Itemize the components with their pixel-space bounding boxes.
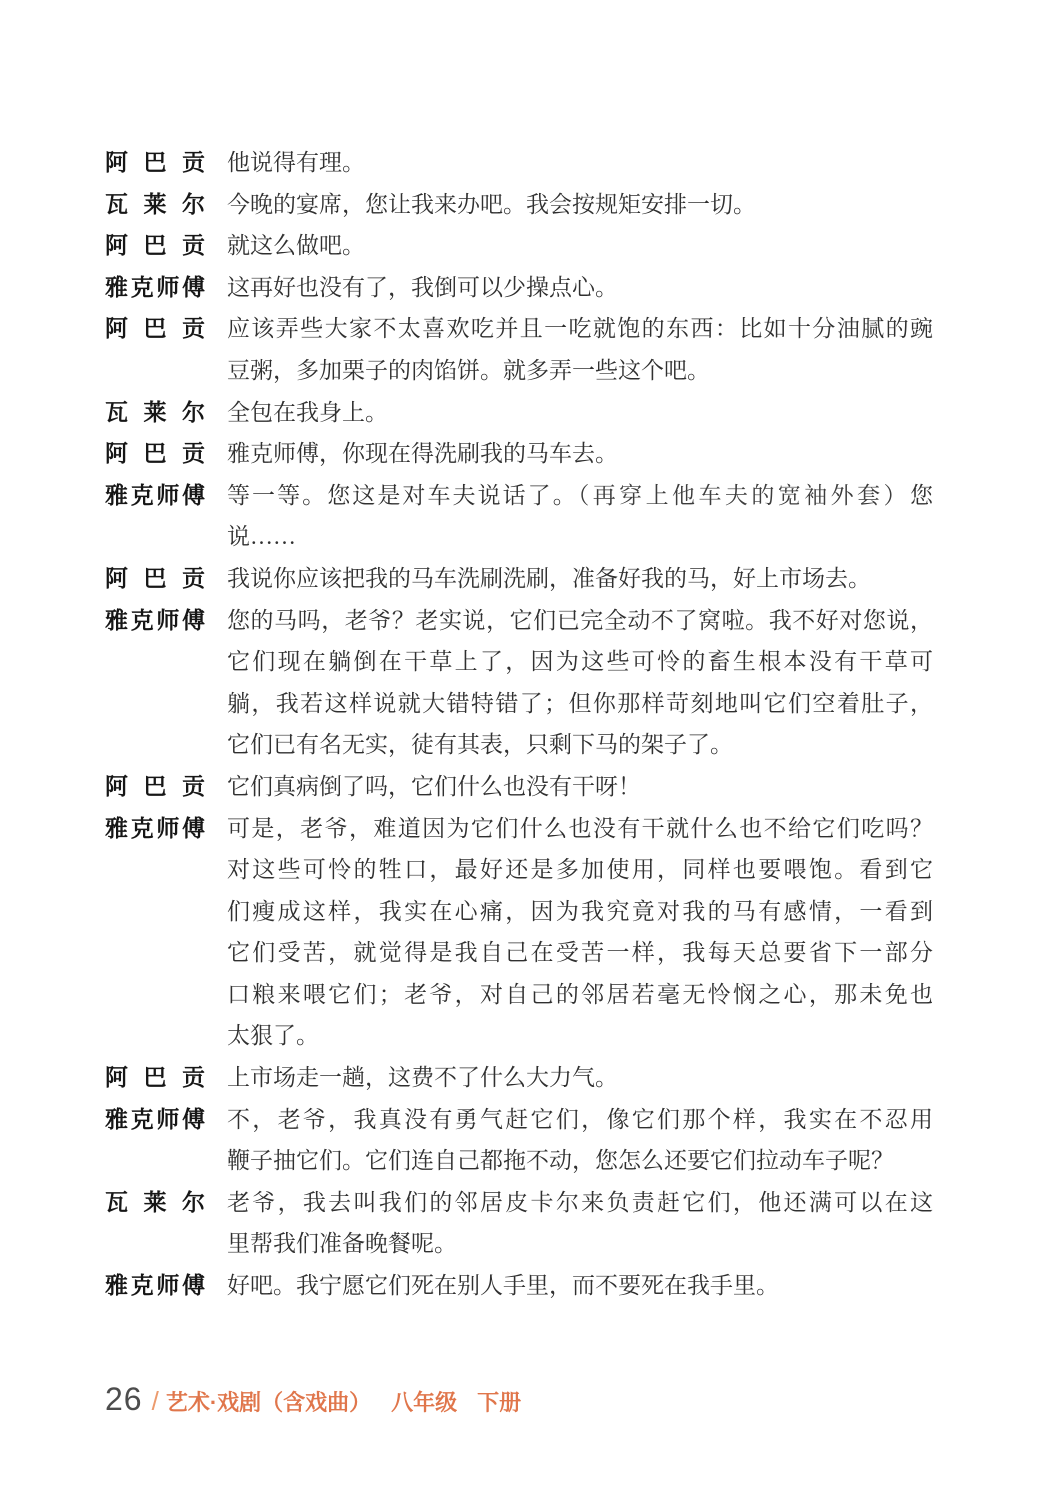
dialogue-entry: 阿巴贡就这么做吧。: [105, 225, 937, 267]
speaker-name: 瓦莱尔: [105, 184, 205, 226]
dialogue-line: 对这些可怜的牲口，最好还是多加使用，同样也要喂饱。看到它: [227, 849, 933, 891]
dialogue-line: 好吧。我宁愿它们死在别人手里，而不要死在我手里。: [227, 1265, 933, 1307]
speaker-name: 瓦莱尔: [105, 392, 205, 434]
page-footer: 26 / 艺术·戏剧（含戏曲） 八年级 下册: [105, 1381, 521, 1418]
speaker-name: 阿巴贡: [105, 433, 205, 475]
dialogue-line: 它们已有名无实，徒有其表，只剩下马的架子了。: [227, 724, 933, 766]
dialogue-line: 我说你应该把我的马车洗刷洗刷，准备好我的马，好上市场去。: [227, 558, 933, 600]
dialogue-line: 它们受苦，就觉得是我自己在受苦一样，我每天总要省下一部分: [227, 932, 933, 974]
dialogue-entry: 雅克师傅可是，老爷，难道因为它们什么也没有干就什么也不给它们吃吗？对这些可怜的牲…: [105, 808, 937, 1058]
dialogue-line: 应该弄些大家不太喜欢吃并且一吃就饱的东西：比如十分油腻的豌: [227, 308, 933, 350]
dialogue-line: 今晚的宴席，您让我来办吧。我会按规矩安排一切。: [227, 184, 933, 226]
speaker-name: 雅克师傅: [105, 1099, 205, 1141]
dialogue-list: 阿巴贡他说得有理。瓦莱尔今晚的宴席，您让我来办吧。我会按规矩安排一切。阿巴贡就这…: [105, 142, 937, 1307]
dialogue-line: 们瘦成这样，我实在心痛，因为我究竟对我的马有感情，一看到: [227, 891, 933, 933]
dialogue-line: 上市场走一趟，这费不了什么大力气。: [227, 1057, 933, 1099]
footer-volume: 下册: [477, 1386, 521, 1417]
speaker-name: 阿巴贡: [105, 308, 205, 350]
footer-grade: 八年级: [391, 1386, 457, 1417]
dialogue-line: 老爷，我去叫我们的邻居皮卡尔来负责赶它们，他还满可以在这: [227, 1182, 933, 1224]
footer-book-title: 艺术·戏剧（含戏曲）: [166, 1386, 371, 1417]
speaker-name: 阿巴贡: [105, 1057, 205, 1099]
dialogue-text: 他说得有理。: [227, 142, 933, 184]
dialogue-line: 就这么做吧。: [227, 225, 933, 267]
dialogue-line: 鞭子抽它们。它们连自己都拖不动，您怎么还要它们拉动车子呢？: [227, 1140, 933, 1182]
dialogue-text: 等一等。您这是对车夫说话了。（再穿上他车夫的宽袖外套）您说……: [227, 475, 933, 558]
dialogue-entry: 瓦莱尔老爷，我去叫我们的邻居皮卡尔来负责赶它们，他还满可以在这里帮我们准备晚餐呢…: [105, 1182, 937, 1265]
dialogue-entry: 瓦莱尔全包在我身上。: [105, 392, 937, 434]
dialogue-line: 雅克师傅，你现在得洗刷我的马车去。: [227, 433, 933, 475]
dialogue-line: 等一等。您这是对车夫说话了。（再穿上他车夫的宽袖外套）您: [227, 475, 933, 517]
speaker-name: 雅克师傅: [105, 808, 205, 850]
script-page: 阿巴贡他说得有理。瓦莱尔今晚的宴席，您让我来办吧。我会按规矩安排一切。阿巴贡就这…: [0, 0, 1060, 1508]
dialogue-line: 太狠了。: [227, 1015, 933, 1057]
dialogue-entry: 雅克师傅这再好也没有了，我倒可以少操点心。: [105, 267, 937, 309]
speaker-name: 雅克师傅: [105, 267, 205, 309]
dialogue-text: 它们真病倒了吗，它们什么也没有干呀！: [227, 766, 933, 808]
dialogue-line: 豆粥，多加栗子的肉馅饼。就多弄一些这个吧。: [227, 350, 933, 392]
dialogue-line: 您的马吗，老爷？老实说，它们已完全动不了窝啦。我不好对您说，: [227, 600, 933, 642]
dialogue-text: 今晚的宴席，您让我来办吧。我会按规矩安排一切。: [227, 184, 933, 226]
speaker-name: 雅克师傅: [105, 1265, 205, 1307]
dialogue-segment: 您: [910, 483, 933, 508]
dialogue-text: 不，老爷，我真没有勇气赶它们，像它们那个样，我实在不忍用鞭子抽它们。它们连自己都…: [227, 1099, 933, 1182]
dialogue-line: 口粮来喂它们；老爷，对自己的邻居若毫无怜悯之心，那未免也: [227, 974, 933, 1016]
dialogue-text: 雅克师傅，你现在得洗刷我的马车去。: [227, 433, 933, 475]
dialogue-text: 全包在我身上。: [227, 392, 933, 434]
dialogue-entry: 阿巴贡他说得有理。: [105, 142, 937, 184]
speaker-name: 雅克师傅: [105, 600, 205, 642]
dialogue-line: 全包在我身上。: [227, 392, 933, 434]
dialogue-text: 应该弄些大家不太喜欢吃并且一吃就饱的东西：比如十分油腻的豌豆粥，多加栗子的肉馅饼…: [227, 308, 933, 391]
dialogue-text: 可是，老爷，难道因为它们什么也没有干就什么也不给它们吃吗？对这些可怜的牲口，最好…: [227, 808, 933, 1058]
dialogue-text: 就这么做吧。: [227, 225, 933, 267]
speaker-name: 瓦莱尔: [105, 1182, 205, 1224]
dialogue-text: 好吧。我宁愿它们死在别人手里，而不要死在我手里。: [227, 1265, 933, 1307]
speaker-name: 雅克师傅: [105, 475, 205, 517]
dialogue-line: 里帮我们准备晚餐呢。: [227, 1223, 933, 1265]
dialogue-entry: 雅克师傅不，老爷，我真没有勇气赶它们，像它们那个样，我实在不忍用鞭子抽它们。它们…: [105, 1099, 937, 1182]
page-number: 26: [105, 1381, 143, 1418]
dialogue-text: 老爷，我去叫我们的邻居皮卡尔来负责赶它们，他还满可以在这里帮我们准备晚餐呢。: [227, 1182, 933, 1265]
dialogue-text: 您的马吗，老爷？老实说，它们已完全动不了窝啦。我不好对您说，它们现在躺倒在干草上…: [227, 600, 933, 766]
dialogue-line: 他说得有理。: [227, 142, 933, 184]
speaker-name: 阿巴贡: [105, 225, 205, 267]
dialogue-line: 它们真病倒了吗，它们什么也没有干呀！: [227, 766, 933, 808]
speaker-name: 阿巴贡: [105, 142, 205, 184]
dialogue-line: 说……: [227, 516, 933, 558]
dialogue-segment: 等一等。您这是对车夫说话了。: [227, 483, 578, 508]
dialogue-entry: 阿巴贡应该弄些大家不太喜欢吃并且一吃就饱的东西：比如十分油腻的豌豆粥，多加栗子的…: [105, 308, 937, 391]
dialogue-line: 它们现在躺倒在干草上了，因为这些可怜的畜生根本没有干草可: [227, 641, 933, 683]
dialogue-entry: 雅克师傅等一等。您这是对车夫说话了。（再穿上他车夫的宽袖外套）您说……: [105, 475, 937, 558]
dialogue-entry: 瓦莱尔今晚的宴席，您让我来办吧。我会按规矩安排一切。: [105, 184, 937, 226]
dialogue-entry: 雅克师傅好吧。我宁愿它们死在别人手里，而不要死在我手里。: [105, 1265, 937, 1307]
dialogue-line: 躺，我若这样说就大错特错了；但你那样苛刻地叫它们空着肚子，: [227, 683, 933, 725]
dialogue-entry: 阿巴贡雅克师傅，你现在得洗刷我的马车去。: [105, 433, 937, 475]
dialogue-text: 上市场走一趟，这费不了什么大力气。: [227, 1057, 933, 1099]
speaker-name: 阿巴贡: [105, 558, 205, 600]
stage-direction: （再穿上他车夫的宽袖外套）: [578, 483, 910, 508]
dialogue-text: 我说你应该把我的马车洗刷洗刷，准备好我的马，好上市场去。: [227, 558, 933, 600]
dialogue-entry: 阿巴贡上市场走一趟，这费不了什么大力气。: [105, 1057, 937, 1099]
dialogue-entry: 阿巴贡它们真病倒了吗，它们什么也没有干呀！: [105, 766, 937, 808]
dialogue-text: 这再好也没有了，我倒可以少操点心。: [227, 267, 933, 309]
dialogue-line: 可是，老爷，难道因为它们什么也没有干就什么也不给它们吃吗？: [227, 808, 933, 850]
dialogue-entry: 阿巴贡我说你应该把我的马车洗刷洗刷，准备好我的马，好上市场去。: [105, 558, 937, 600]
speaker-name: 阿巴贡: [105, 766, 205, 808]
dialogue-line: 不，老爷，我真没有勇气赶它们，像它们那个样，我实在不忍用: [227, 1099, 933, 1141]
footer-separator: /: [152, 1386, 159, 1417]
dialogue-line: 这再好也没有了，我倒可以少操点心。: [227, 267, 933, 309]
dialogue-entry: 雅克师傅您的马吗，老爷？老实说，它们已完全动不了窝啦。我不好对您说，它们现在躺倒…: [105, 600, 937, 766]
